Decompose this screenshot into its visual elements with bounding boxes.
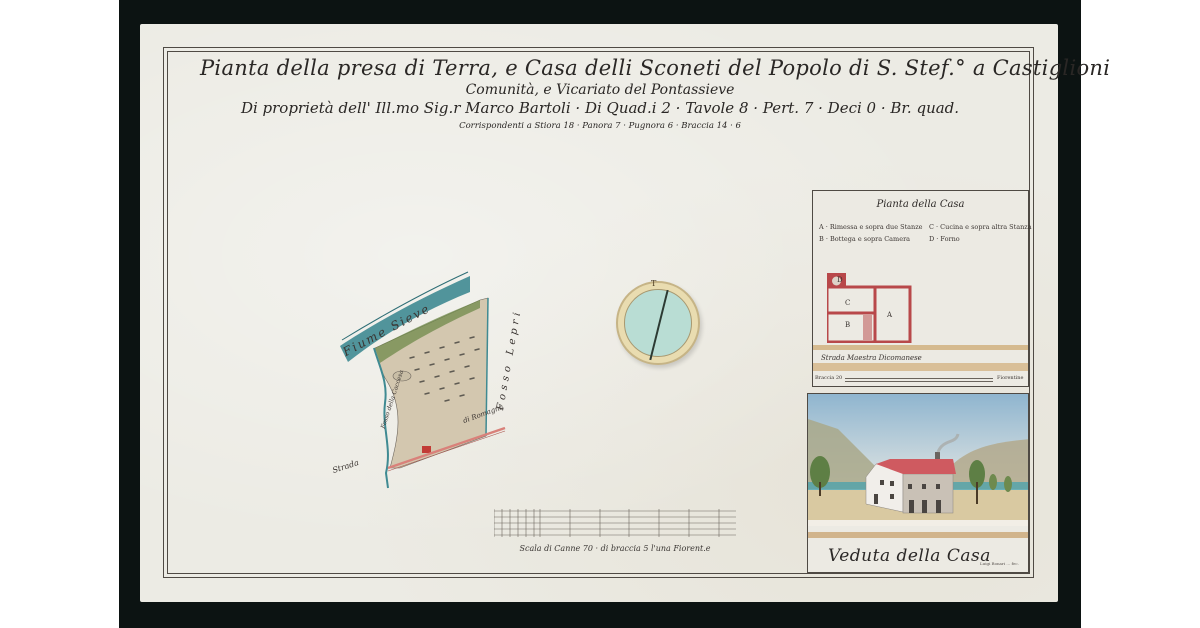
plan-scale-right: Fiorentine xyxy=(997,375,1023,381)
legend-item-c: C · Cucina e sopra altra Stanza xyxy=(929,221,1032,233)
house-plan-title: Pianta della Casa xyxy=(813,199,1028,210)
house-plan-panel: Pianta della Casa A · Rimessa e sopra du… xyxy=(812,190,1029,387)
compass-north-label: T xyxy=(651,279,656,288)
title-line-2: Comunità, e Vicariato del Pontassieve xyxy=(200,83,1000,97)
plan-scale-bar xyxy=(845,378,993,382)
road-band-bottom xyxy=(813,363,1028,371)
artist-signature: Luigi Bonari ... fec. xyxy=(980,561,1019,566)
scale-bar xyxy=(494,505,736,541)
legend-item-a: A · Rimessa e sopra due Stanze xyxy=(819,221,921,233)
map-title-block: Pianta della presa di Terra, e Casa dell… xyxy=(200,58,1000,131)
house-view-title: Veduta della Casa xyxy=(828,546,991,566)
house-view-panel: Veduta della Casa Luigi Bonari ... fec. xyxy=(807,393,1029,573)
title-line-3: Di proprietà dell' Ill.mo Sig.r Marco Ba… xyxy=(200,101,1000,116)
road-label: Strada Maestra Dicomanese xyxy=(821,354,922,362)
compass-rose: T xyxy=(616,281,700,365)
house-view-painting xyxy=(808,394,1029,544)
title-line-1: Pianta della presa di Terra, e Casa dell… xyxy=(200,58,1000,79)
title-line-4: Corrispondenti a Stiora 18 · Panora 7 · … xyxy=(200,122,1000,131)
scale-caption: Scala di Canne 70 · di braccia 5 l'una F… xyxy=(494,544,736,553)
room-label-c: C xyxy=(845,299,850,307)
house-plan-legend: A · Rimessa e sopra due Stanze C · Cucin… xyxy=(819,221,1032,245)
legend-item-d: D · Forno xyxy=(929,233,960,245)
room-label-b: B xyxy=(845,321,850,329)
room-label-d: D xyxy=(837,276,843,284)
estate-plot-map: Fiume Sieve Fosso della Caccesa Fosso Le… xyxy=(330,268,530,497)
house-plan-scale: Braccia 20 Fiorentine xyxy=(815,375,1025,383)
plan-scale-left: Braccia 20 xyxy=(815,375,842,381)
legend-item-b: B · Bottega e sopra Camera xyxy=(819,233,921,245)
road-band-top xyxy=(813,345,1028,350)
room-label-a: A xyxy=(887,311,892,319)
